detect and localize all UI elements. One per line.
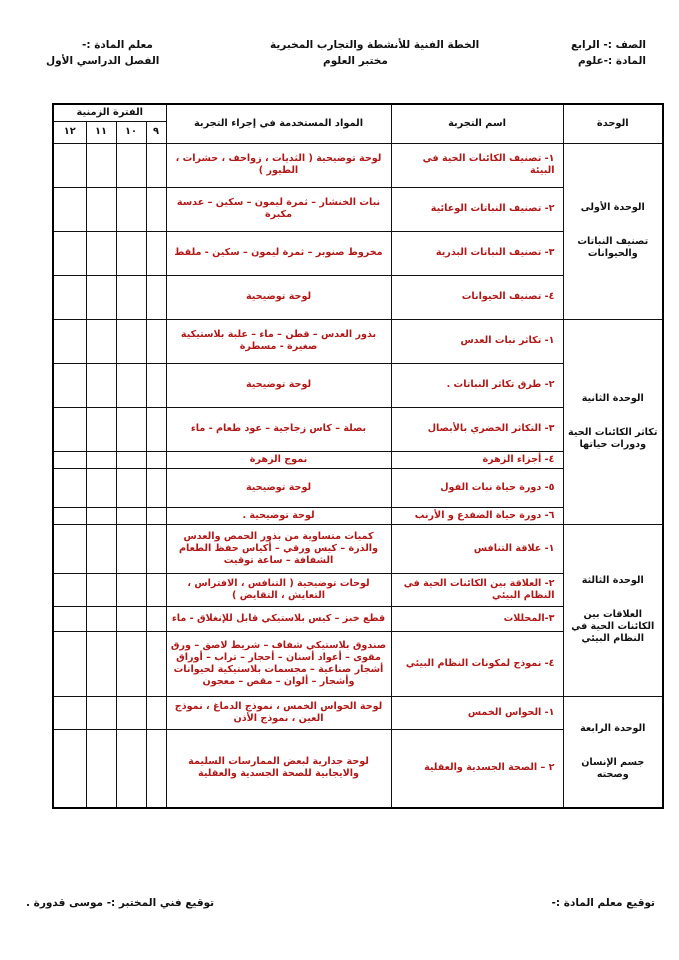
period-cell[interactable] [146, 696, 166, 729]
experiment-name: ٤- نموذج لمكونات النظام البيئي [391, 631, 563, 696]
experiment-name: ٦- دورة حياة الضفدع و الأرنب [391, 507, 563, 524]
unit-title: الوحدة الثانية [568, 393, 659, 405]
semester-label: الفصل الدراسي الأول [46, 55, 159, 67]
period-cell[interactable] [116, 524, 146, 573]
unit-title: الوحدة الرابعة [568, 723, 659, 735]
unit-1-cell: الوحدة الأولى تصنيف النباتات والحيوانات [563, 143, 663, 319]
period-cell[interactable] [146, 729, 166, 808]
period-cell[interactable] [53, 524, 86, 573]
period-cell[interactable] [53, 143, 86, 187]
experiment-materials: كميات متساوية من بذور الحمص والعدس والذر… [166, 524, 391, 573]
period-cell[interactable] [146, 573, 166, 606]
period-cell[interactable] [86, 606, 116, 631]
period-cell[interactable] [53, 363, 86, 407]
unit-subject: العلاقات بين الكائنات الحية في النظام ال… [571, 609, 654, 644]
period-cell[interactable] [53, 468, 86, 507]
col-header-experiment: اسم التجربة [391, 104, 563, 143]
experiment-name: ١- تكاثر نبات العدس [391, 319, 563, 363]
teacher-signature: توقيع معلم المادة :- [552, 897, 655, 909]
period-cell[interactable] [116, 606, 146, 631]
period-cell[interactable] [86, 143, 116, 187]
experiment-materials: قطع خبز – كيس بلاستيكي قابل للإنغلاق - م… [166, 606, 391, 631]
period-cell[interactable] [86, 407, 116, 451]
experiment-materials: لوحة جدارية لبعض الممارسات السليمة والاي… [166, 729, 391, 808]
experiment-materials: لوحة توضيحية [166, 468, 391, 507]
unit-subject: تكاثر الكائنات الحية ودورات حياتها [568, 427, 657, 450]
experiment-materials: لوحة توضيحية . [166, 507, 391, 524]
experiment-materials: نموج الزهرة [166, 451, 391, 468]
experiment-name: ٢ – الصحة الجسدية والعقلية [391, 729, 563, 808]
period-cell[interactable] [86, 451, 116, 468]
teacher-label: معلم المادة :- [82, 39, 153, 51]
unit-subject: جسم الإنسان وصحته [581, 757, 644, 780]
period-cell[interactable] [116, 319, 146, 363]
period-cell[interactable] [86, 231, 116, 275]
period-cell[interactable] [146, 275, 166, 319]
unit-2-cell: الوحدة الثانية تكاثر الكائنات الحية ودور… [563, 319, 663, 524]
period-cell[interactable] [53, 319, 86, 363]
experiment-name: ٢- العلاقة بين الكائنات الحية في النظام … [391, 573, 563, 606]
unit-4-cell: الوحدة الرابعة جسم الإنسان وصحته [563, 696, 663, 808]
period-11: ١١ [86, 121, 116, 143]
period-cell[interactable] [116, 507, 146, 524]
experiment-name: ٢- تصنيف النباتات الوعائية [391, 187, 563, 231]
period-cell[interactable] [86, 573, 116, 606]
experiment-materials: مخروط صنوبر – ثمرة ليمون – سكين - ملقط [166, 231, 391, 275]
subject-label: المادة :-علوم [578, 55, 646, 67]
period-9: ٩ [146, 121, 166, 143]
col-header-period: الفترة الزمنية [53, 104, 166, 121]
period-12: ١٢ [53, 121, 86, 143]
period-cell[interactable] [116, 573, 146, 606]
period-cell[interactable] [116, 187, 146, 231]
period-cell[interactable] [146, 524, 166, 573]
period-cell[interactable] [116, 363, 146, 407]
period-cell[interactable] [146, 507, 166, 524]
grade-label: الصف :- الرابع [571, 39, 646, 51]
experiment-name: ٢- طرق تكاثر النباتات . [391, 363, 563, 407]
period-cell[interactable] [146, 468, 166, 507]
table-row: الوحدة الثانية تكاثر الكائنات الحية ودور… [53, 319, 663, 363]
period-cell[interactable] [146, 363, 166, 407]
period-cell[interactable] [116, 729, 146, 808]
experiment-name: ١- الحواس الخمس [391, 696, 563, 729]
period-cell[interactable] [146, 606, 166, 631]
period-cell[interactable] [146, 231, 166, 275]
experiment-name: ١- تصنيف الكائنات الحية في البيئة [391, 143, 563, 187]
experiment-materials: صندوق بلاستيكي شفاف – شريط لاصق – ورق مق… [166, 631, 391, 696]
period-cell[interactable] [53, 696, 86, 729]
experiment-materials: بصلة – كاس زجاجية – عود طعام - ماء [166, 407, 391, 451]
experiment-name: ٣- التكاثر الخضري بالأبصال [391, 407, 563, 451]
period-cell[interactable] [86, 468, 116, 507]
unit-title: الوحدة الأولى [568, 202, 659, 214]
experiment-name: ١- علاقة التنافس [391, 524, 563, 573]
period-cell[interactable] [86, 631, 116, 696]
period-cell[interactable] [146, 143, 166, 187]
period-cell[interactable] [86, 363, 116, 407]
unit-subject: تصنيف النباتات والحيوانات [577, 236, 648, 259]
period-cell[interactable] [116, 231, 146, 275]
period-cell[interactable] [146, 319, 166, 363]
period-cell[interactable] [116, 143, 146, 187]
experiment-name: ٣- تصنيف النباتات البذرية [391, 231, 563, 275]
page-subtitle: مختبر العلوم [323, 55, 388, 67]
page-title: الخطة الفنية للأنشطة والتجارب المخبرية [270, 39, 479, 51]
period-cell[interactable] [86, 729, 116, 808]
period-cell[interactable] [116, 696, 146, 729]
period-cell[interactable] [116, 407, 146, 451]
period-cell[interactable] [53, 729, 86, 808]
period-cell[interactable] [146, 187, 166, 231]
period-cell[interactable] [116, 451, 146, 468]
lab-tech-signature: توقيع فني المختبر :- موسى قدورة . [26, 897, 214, 909]
experiment-materials: لوحات توضيحية ( التنافس ، الافتراس ، الت… [166, 573, 391, 606]
experiment-name: ٥- دورة حياة نبات الفول [391, 468, 563, 507]
experiment-materials: لوحة توضيحية [166, 363, 391, 407]
period-cell[interactable] [116, 631, 146, 696]
lab-plan-table: الوحدة اسم التجربة المواد المستخدمة في إ… [52, 103, 664, 809]
experiment-materials: لوحة توضيحية ( الثديات ، زواحف ، حشرات ،… [166, 143, 391, 187]
period-cell[interactable] [53, 231, 86, 275]
period-cell[interactable] [86, 696, 116, 729]
period-cell[interactable] [146, 407, 166, 451]
table-row: الوحدة الأولى تصنيف النباتات والحيوانات … [53, 143, 663, 187]
experiment-materials: بذور العدس – قطن – ماء – علبة بلاستيكية … [166, 319, 391, 363]
period-cell[interactable] [53, 451, 86, 468]
period-cell[interactable] [86, 275, 116, 319]
period-cell[interactable] [86, 319, 116, 363]
period-cell[interactable] [53, 631, 86, 696]
experiment-materials: نبات الخنشار – ثمرة ليمون – سكين – عدسة … [166, 187, 391, 231]
experiment-name: ٣-المحللات [391, 606, 563, 631]
period-cell[interactable] [86, 524, 116, 573]
table-row: الوحدة الرابعة جسم الإنسان وصحته ١- الحو… [53, 696, 663, 729]
experiment-materials: لوحة توضيحية [166, 275, 391, 319]
period-cell[interactable] [86, 187, 116, 231]
experiment-materials: لوحة الحواس الخمس ، نموذج الدماغ ، نموذج… [166, 696, 391, 729]
period-cell[interactable] [53, 606, 86, 631]
col-header-materials: المواد المستخدمة في إجراء التجربة [166, 104, 391, 143]
period-cell[interactable] [53, 275, 86, 319]
col-header-unit: الوحدة [563, 104, 663, 143]
period-cell[interactable] [53, 507, 86, 524]
period-cell[interactable] [146, 631, 166, 696]
period-cell[interactable] [53, 407, 86, 451]
period-10: ١٠ [116, 121, 146, 143]
period-cell[interactable] [53, 573, 86, 606]
table-row: الوحدة الثالثة العلاقات بين الكائنات الح… [53, 524, 663, 573]
period-cell[interactable] [146, 451, 166, 468]
unit-title: الوحدة الثالثة [568, 575, 659, 587]
experiment-name: ٤- تصنيف الحيوانات [391, 275, 563, 319]
period-cell[interactable] [116, 275, 146, 319]
period-cell[interactable] [53, 187, 86, 231]
period-cell[interactable] [86, 507, 116, 524]
period-cell[interactable] [116, 468, 146, 507]
experiment-name: ٤- أجزاء الزهرة [391, 451, 563, 468]
unit-3-cell: الوحدة الثالثة العلاقات بين الكائنات الح… [563, 524, 663, 696]
